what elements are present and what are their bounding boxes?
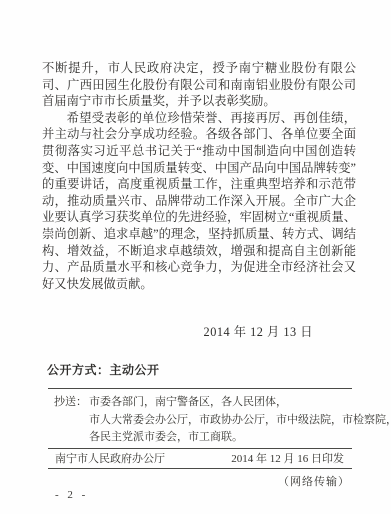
disclosure-method: 公开方式：主动公开 [47,361,160,378]
issuer-row: 南宁市人民政府办公厅 2014 年 12 月 16 日印发 [48,449,352,468]
document-page: 不断提升，市人民政府决定，授予南宁糖业股份有限公司、广西田园生化股份有限公司和南… [0,0,391,514]
cc-section: 抄送： 市委各部门，南宁警备区，各人民团体， 市人大常委会办公厅，市政协办公厅，… [48,389,352,448]
issuer-name: 南宁市人民政府办公厅 [55,450,165,466]
cc-line: 市人大常委会办公厅，市政协办公厅，市中级法院，市检察院， [89,412,391,430]
signature-date: 2014 年 12 月 13 日 [204,322,313,340]
page-number: - 2 - [55,489,88,501]
cc-content: 市委各部门，南宁警备区，各人民团体， 市人大常委会办公厅，市政协办公厅，市中级法… [87,394,391,447]
transmission-note: （网络传输） [48,469,352,489]
document-body: 不断提升，市人民政府决定，授予南宁糖业股份有限公司、广西田园生化股份有限公司和南… [42,60,356,292]
cc-label: 抄送： [54,394,87,447]
body-paragraph-continuation: 不断提升，市人民政府决定，授予南宁糖业股份有限公司、广西田园生化股份有限公司和南… [42,60,356,110]
cc-line: 各民主党派市委会，市工商联。 [89,429,391,447]
colophon: 抄送： 市委各部门，南宁警备区，各人民团体， 市人大常委会办公厅，市政协办公厅，… [48,388,352,489]
body-paragraph-2: 希望受表彰的单位珍惜荣誉、再接再厉、再创佳绩，并主动与社会分享成功经验。各级各部… [42,110,356,293]
cc-line: 市委各部门，南宁警备区，各人民团体， [89,394,391,412]
print-date: 2014 年 12 月 16 日印发 [231,450,344,466]
